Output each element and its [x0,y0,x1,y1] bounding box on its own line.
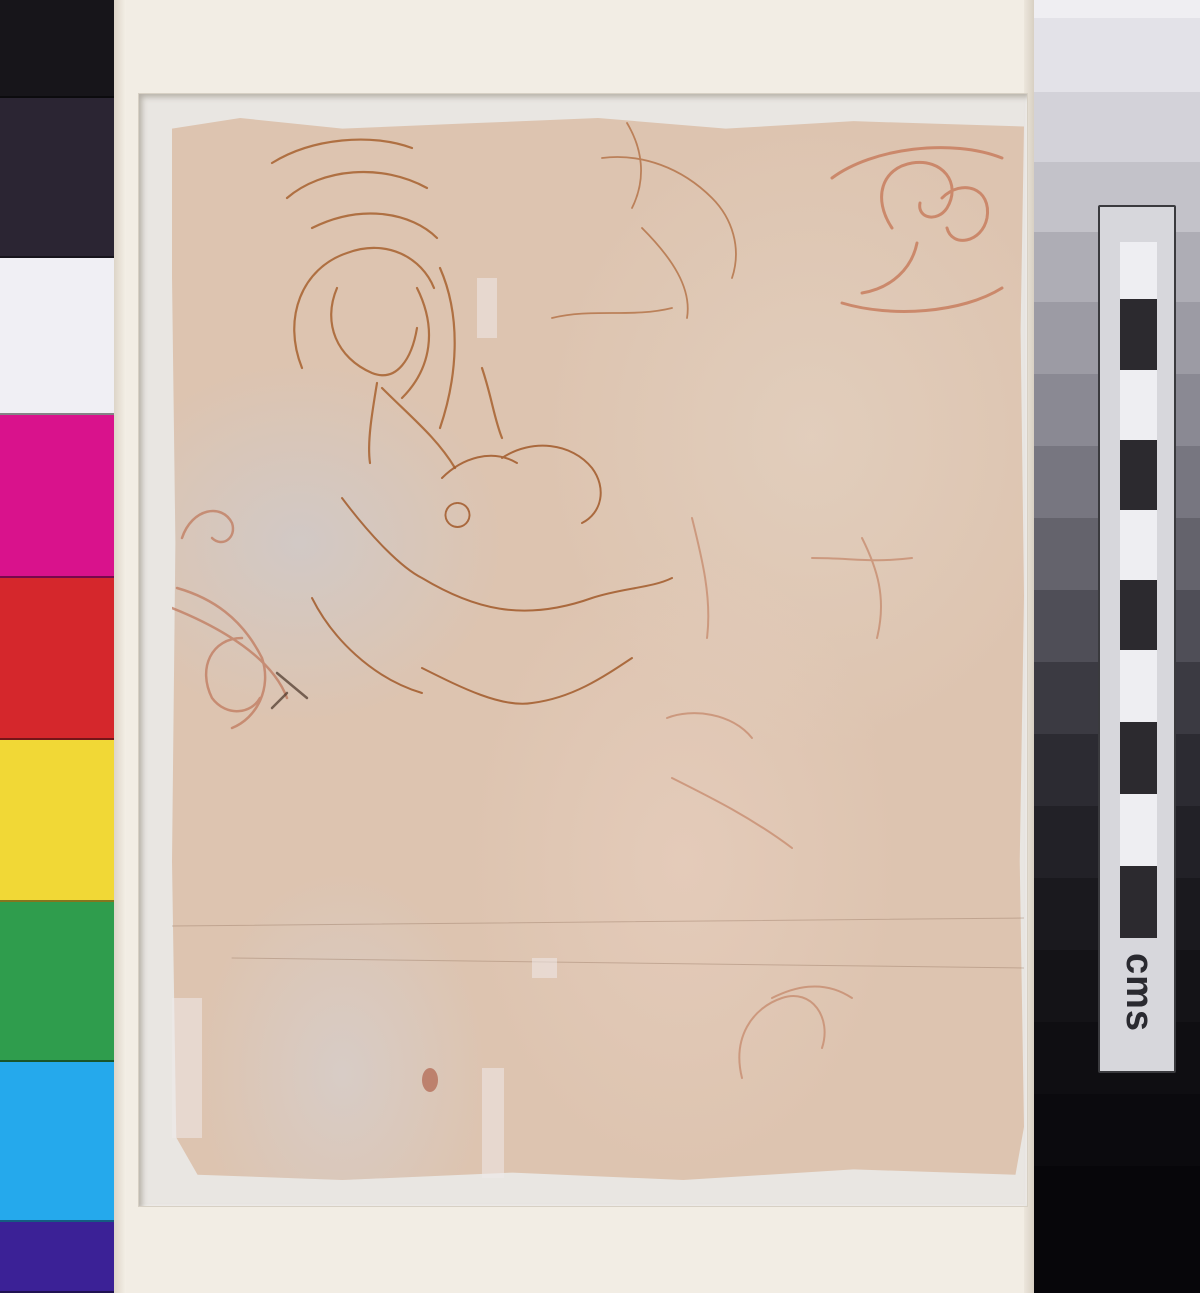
mount-edge-left [114,0,126,1293]
color-chip-black [0,0,114,98]
lower-right-figures [667,518,912,1078]
grey-step-3 [1034,92,1200,162]
scale-segment-6 [1120,580,1157,650]
paper-light-patches [172,278,557,1178]
color-calibration-strip [0,0,114,1293]
grey-step-18 [1034,1166,1200,1293]
grey-step-2 [1034,18,1200,92]
color-chip-white [0,258,114,415]
color-chip-yellow [0,740,114,902]
scale-segment-8 [1120,722,1157,794]
centimetre-scale-bar: cms [1098,205,1176,1073]
color-chip-cyan [0,1062,114,1222]
grey-step-17 [1034,1094,1200,1166]
scale-segment-5 [1120,510,1157,580]
scale-bar-label: cms [1102,947,1176,1037]
red-chalk-sketch-lines [172,118,1024,1180]
color-chip-blue-violet [0,1222,114,1293]
scroll-ornament-top-right [832,148,1002,312]
scale-segment-2 [1120,299,1157,370]
scale-segment-7 [1120,650,1157,722]
horizontal-fold-lines [172,918,1024,968]
scale-unit-text: cms [1118,952,1161,1031]
color-chip-dark-violet-grey [0,98,114,258]
color-chip-green [0,902,114,1062]
central-torso-sketch [312,446,672,704]
scale-segment-1 [1120,242,1157,299]
scroll-ornament-left [172,511,287,728]
scale-segment-3 [1120,370,1157,440]
grey-step-1 [1034,0,1200,18]
scale-segment-10 [1120,866,1157,938]
upper-right-figure [552,123,736,318]
scale-segment-4 [1120,440,1157,510]
scale-segment-9 [1120,794,1157,866]
head-sketch [272,140,502,468]
color-chip-magenta [0,415,114,578]
color-chip-red [0,578,114,740]
lower-left-stain [422,1068,438,1092]
